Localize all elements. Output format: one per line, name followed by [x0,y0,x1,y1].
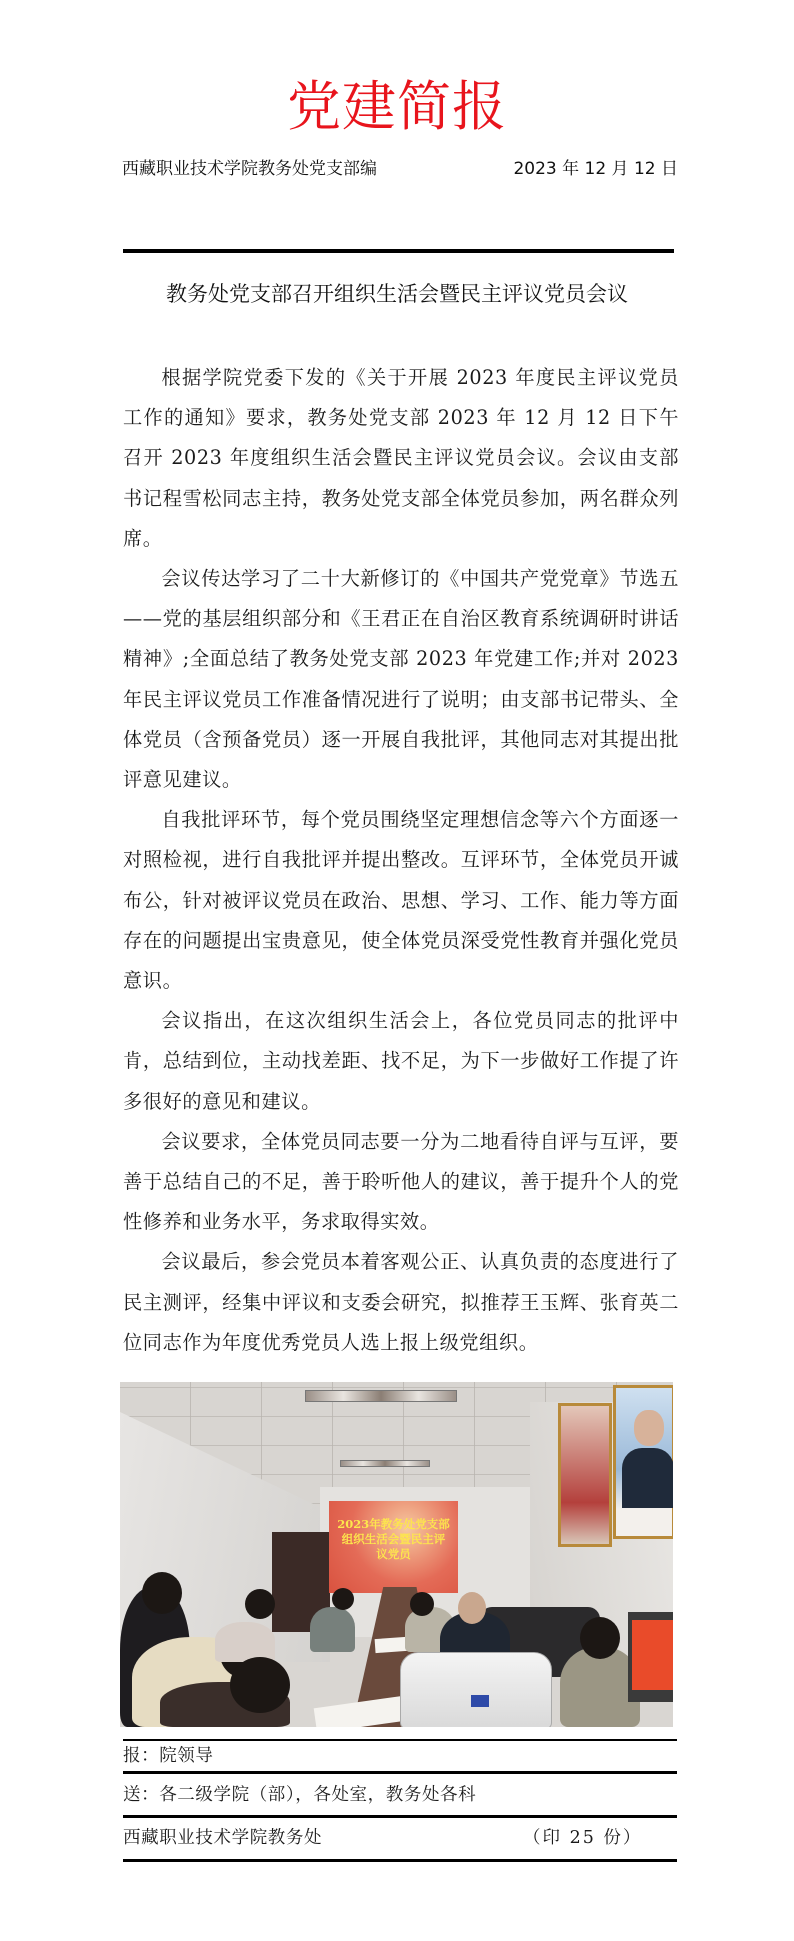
footer-divider [123,1739,677,1741]
paragraph: 根据学院党委下发的《关于开展 2023 年度民主评议党员工作的通知》要求，教务处… [123,358,679,559]
paragraph: 会议指出，在这次组织生活会上，各位党员同志的批评中肯，总结到位，主动找差距、找不… [123,1001,679,1122]
projection-screen: 2023年教务处党支部 组织生活会暨民主评 议党员 [329,1501,458,1593]
laptop [628,1612,673,1702]
footer-divider [123,1815,677,1818]
article-heading: 教务处党支部召开组织生活会暨民主评议党员会议 [0,280,794,308]
paragraph: 会议传达学习了二十大新修订的《中国共产党党章》节选五——党的基层组织部分和《王君… [123,559,679,800]
paragraph: 会议要求，全体党员同志要一分为二地看待自评与互评，要善于总结自己的不足，善于聆听… [123,1122,679,1243]
paragraph: 会议最后，参会党员本着客观公正、认真负责的态度进行了民主测评，经集中评议和支委会… [123,1242,679,1363]
footer-divider [123,1859,677,1862]
ceiling-light [340,1460,430,1467]
briefing-page: 党建简报 西藏职业技术学院教务处党支部编 2023 年 12 月 12 日 教务… [0,0,794,1941]
report-to: 报：院领导 [123,1743,677,1769]
issuer: 西藏职业技术学院教务处 [123,1828,322,1848]
attendee-head [230,1657,290,1713]
meeting-photo: 2023年教务处党支部 组织生活会暨民主评 议党员 [120,1382,673,1727]
screen-line: 2023年教务处党支部 [329,1517,458,1532]
issuer-row: 西藏职业技术学院教务处 （印 25 份） [123,1825,677,1851]
attendee-head [142,1572,182,1614]
screen-line: 议党员 [329,1547,458,1562]
portrait-suit [622,1448,673,1508]
briefing-meta: 西藏职业技术学院教务处党支部编 2023 年 12 月 12 日 [122,157,678,181]
attendee-head [245,1589,275,1619]
header-divider [123,249,674,253]
attendee [215,1622,275,1662]
portrait-face [634,1410,664,1446]
projector [400,1652,552,1727]
screen-line: 组织生活会暨民主评 [329,1532,458,1547]
attendee-head [332,1588,354,1610]
issue-date: 2023 年 12 月 12 日 [513,157,678,181]
attendee [310,1607,355,1652]
send-to: 送：各二级学院（部），各处室，教务处各科 [123,1782,677,1808]
issuing-organization: 西藏职业技术学院教务处党支部编 [122,157,377,181]
portrait-frame-leaders [558,1403,612,1547]
attendee-head [580,1617,620,1659]
ceiling-light [305,1390,457,1402]
copies-count: （印 25 份） [523,1825,642,1851]
briefing-title: 党建简报 [0,76,794,138]
attendee-head [410,1592,434,1616]
footer-divider [123,1771,677,1774]
paragraph: 自我批评环节，每个党员围绕坚定理想信念等六个方面逐一对照检视，进行自我批评并提出… [123,800,679,1001]
article-body: 根据学院党委下发的《关于开展 2023 年度民主评议党员工作的通知》要求，教务处… [123,358,679,1363]
laptop-screen [632,1620,673,1690]
vga-connector [471,1695,489,1707]
attendee-head [458,1592,486,1624]
portrait-frame [613,1385,673,1539]
